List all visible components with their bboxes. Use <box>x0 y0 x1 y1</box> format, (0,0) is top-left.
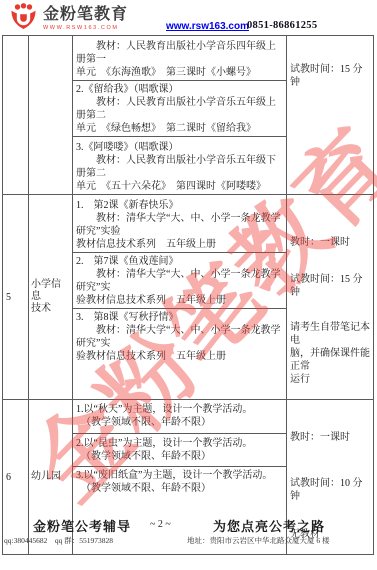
lesson-item: 2. 第7课《鱼戏莲间》 教材：清华大学“大、中、小学一条龙教学研究”实 验教材… <box>73 253 286 309</box>
requirement-line: 试教时间：10 分钟 <box>290 477 371 503</box>
brand-logo: 金粉笔教育 WWW.RSW163.COM <box>8 3 128 31</box>
page-header: 金粉笔教育 WWW.RSW163.COM www.rsw163.com 0851… <box>0 0 377 35</box>
requirement-line: 试教时间：15 分钟 <box>290 63 371 89</box>
content-cell: 教材：人民教育出版社小学音乐四年级上册第一 单元 《东海渔歌》 第三课时《小螺号… <box>73 36 287 194</box>
lesson-item: 1.以“秋天”为主题，设计一个教学活动。 （教学领域不限、年龄不限） <box>73 400 286 434</box>
lesson-item: 教材：人民教育出版社小学音乐四年级上册第一 单元 《东海渔歌》 第三课时《小螺号… <box>73 36 286 81</box>
brand-text-block: 金粉笔教育 WWW.RSW163.COM <box>43 3 128 31</box>
brand-logo-icon <box>8 3 39 31</box>
lesson-item: 3.以“废旧纸盒”为主题，设计一个教学活动。 （教学领域不限、年龄不限） <box>73 467 286 498</box>
footer-address: 地址：贵阳市云岩区中华北路众厦大厦 6 楼 <box>187 535 330 546</box>
row-number-cell <box>3 36 29 194</box>
website-link[interactable]: www.rsw163.com <box>166 21 249 32</box>
table-row-it: 5 小学信息 技术 1. 第2课《新春快乐》 教材：清华大学“大、中、小学一条龙… <box>3 195 373 400</box>
requirement-line: 请考生自带笔记本电 脑，并确保课件能正常 运行 <box>290 321 371 386</box>
requirements-cell: 教时：一课时 试教时间：15 分钟 请考生自带笔记本电 脑，并确保课件能正常 运… <box>287 195 373 399</box>
brand-name: 金粉笔教育 <box>43 7 128 23</box>
row-number-cell: 6 <box>3 400 29 554</box>
lesson-item: 3.《阿喽喽》（唱歌课） 教材：人民教育出版社小学音乐五年级下册第二 单元 《五… <box>73 137 286 194</box>
requirement-line: 教时：一课时 <box>290 431 371 444</box>
category-cell: 小学信息 技术 <box>29 195 73 399</box>
table-row-music: 教材：人民教育出版社小学音乐四年级上册第一 单元 《东海渔歌》 第三课时《小螺号… <box>3 36 373 195</box>
lesson-item: 2.《留给我》（唱歌课） 教材：人民教育出版社小学音乐五年级上册第二 单元 《绿… <box>73 81 286 137</box>
lesson-item: 1. 第2课《新春快乐》 教材：清华大学“大、中、小学一条龙教学研究”实验 教材… <box>73 195 286 253</box>
category-cell <box>29 36 73 194</box>
content-cell: 1. 第2课《新春快乐》 教材：清华大学“大、中、小学一条龙教学研究”实验 教材… <box>73 195 287 399</box>
requirement-line: 试教时间：15 分钟 <box>290 273 371 299</box>
phone-number: 0851-86861255 <box>247 20 317 31</box>
page-number: ~ 2 ~ <box>150 519 171 530</box>
lesson-item: 3. 第8课《写秋抒情》 教材：清华大学“大、中、小学一条龙教学研究”实 验教材… <box>73 309 286 364</box>
row-number-cell: 5 <box>3 195 29 399</box>
requirement-line: 教时：一课时 <box>290 236 371 249</box>
lesson-item: 2.以“昆虫”为主题，设计一个教学活动。 （教学领域不限、年龄不限） <box>73 434 286 467</box>
footer-slogan: 为您点亮公考之路 <box>213 516 325 535</box>
requirements-cell: 试教时间：15 分钟 <box>287 36 373 194</box>
document-page: 金粉笔教育 WWW.RSW163.COM www.rsw163.com 0851… <box>0 0 377 570</box>
footer-qq-contact: qq:380445682 qq 群：551973828 <box>4 535 113 546</box>
exam-table: 教材：人民教育出版社小学音乐四年级上册第一 单元 《东海渔歌》 第三课时《小螺号… <box>2 35 374 555</box>
footer-brand-title: 金粉笔公考辅导 <box>33 516 131 535</box>
brand-subtext: WWW.RSW163.COM <box>43 25 128 31</box>
